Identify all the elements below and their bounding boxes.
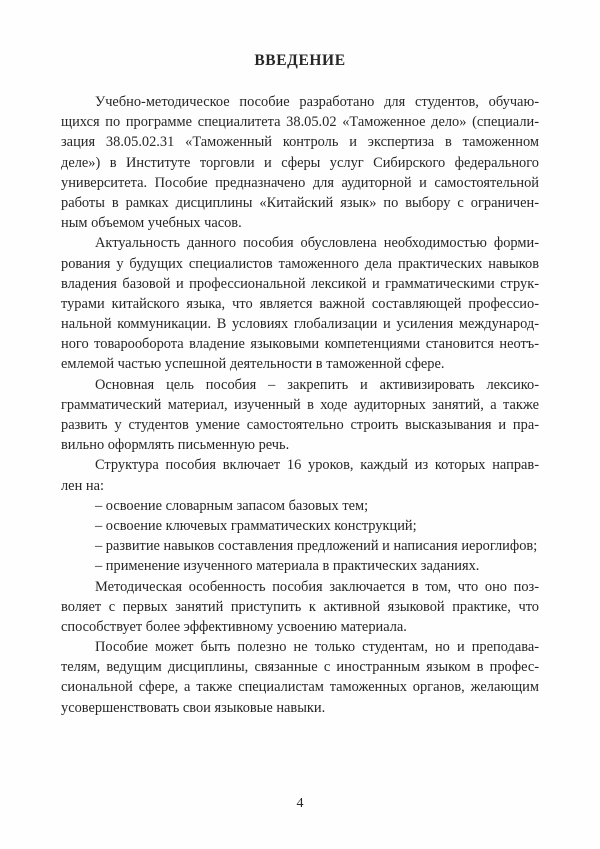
document-page: ВВЕДЕНИЕ Учебно-методическое пособие раз…: [0, 0, 600, 849]
dash-list: – освоение словарным запасом базовых тем…: [61, 496, 539, 577]
text-line: деле») в Институте торговли и сферы услу…: [61, 153, 539, 173]
paragraph-structure: Структура пособия включает 16 уроков, ка…: [61, 455, 539, 495]
text-line: способствует более эффективному усвоению…: [61, 617, 539, 637]
text-line: ным объемом учебных часов.: [61, 213, 539, 233]
text-line: усовершенствовать свои языковые навыки.: [61, 698, 539, 718]
list-item-line: – развитие навыков составления предложен…: [61, 536, 539, 556]
page-number: 4: [0, 794, 600, 814]
text-line: Основная цель пособия – закрепить и акти…: [61, 375, 539, 395]
text-line: университета. Пособие предназначено для …: [61, 173, 539, 193]
list-item-line: – применение изученного материала в прак…: [61, 556, 539, 576]
text-line: зация 38.05.02.31 «Таможенный контроль и…: [61, 132, 539, 152]
text-line: лен на:: [61, 476, 539, 496]
list-item-line: – освоение ключевых грамматических конст…: [61, 516, 539, 536]
text-line: воляет с первых занятий приступить к акт…: [61, 597, 539, 617]
text-line: щихся по программе специалитета 38.05.02…: [61, 112, 539, 132]
section-title: ВВЕДЕНИЕ: [61, 50, 539, 72]
text-line: турами китайского языка, что является ва…: [61, 294, 539, 314]
paragraph-relevance: Актуальность данного пособия обусловлена…: [61, 233, 539, 374]
paragraph-audience: Пособие может быть полезно не только сту…: [61, 637, 539, 718]
text-line: нальной коммуникации. В условиях глобали…: [61, 314, 539, 334]
text-line: развить у студентов умение самостоятельн…: [61, 415, 539, 435]
text-line: вильно оформлять письменную речь.: [61, 435, 539, 455]
text-line: грамматический материал, изученный в ход…: [61, 395, 539, 415]
text-line: Учебно-методическое пособие разработано …: [61, 92, 539, 112]
text-block: ВВЕДЕНИЕ Учебно-методическое пособие раз…: [61, 50, 539, 718]
text-line: Структура пособия включает 16 уроков, ка…: [61, 455, 539, 475]
text-line: рования у будущих специалистов таможенно…: [61, 254, 539, 274]
text-line: сиональной сфере, а также специалистам т…: [61, 677, 539, 697]
paragraph-goal: Основная цель пособия – закрепить и акти…: [61, 375, 539, 456]
text-line: Пособие может быть полезно не только сту…: [61, 637, 539, 657]
text-line: телям, ведущим дисциплины, связанные с и…: [61, 657, 539, 677]
text-line: ного товарооборота владение языковыми ко…: [61, 334, 539, 354]
text-line: Методическая особенность пособия заключа…: [61, 577, 539, 597]
body-text: Учебно-методическое пособие разработано …: [61, 92, 539, 718]
text-line: работы в рамках дисциплины «Китайский яз…: [61, 193, 539, 213]
text-line: емлемой частью успешной деятельности в т…: [61, 354, 539, 374]
paragraph-intro: Учебно-методическое пособие разработано …: [61, 92, 539, 233]
list-item-line: – освоение словарным запасом базовых тем…: [61, 496, 539, 516]
paragraph-method: Методическая особенность пособия заключа…: [61, 577, 539, 638]
text-line: Актуальность данного пособия обусловлена…: [61, 233, 539, 253]
text-line: владения базовой и профессиональной лекс…: [61, 274, 539, 294]
